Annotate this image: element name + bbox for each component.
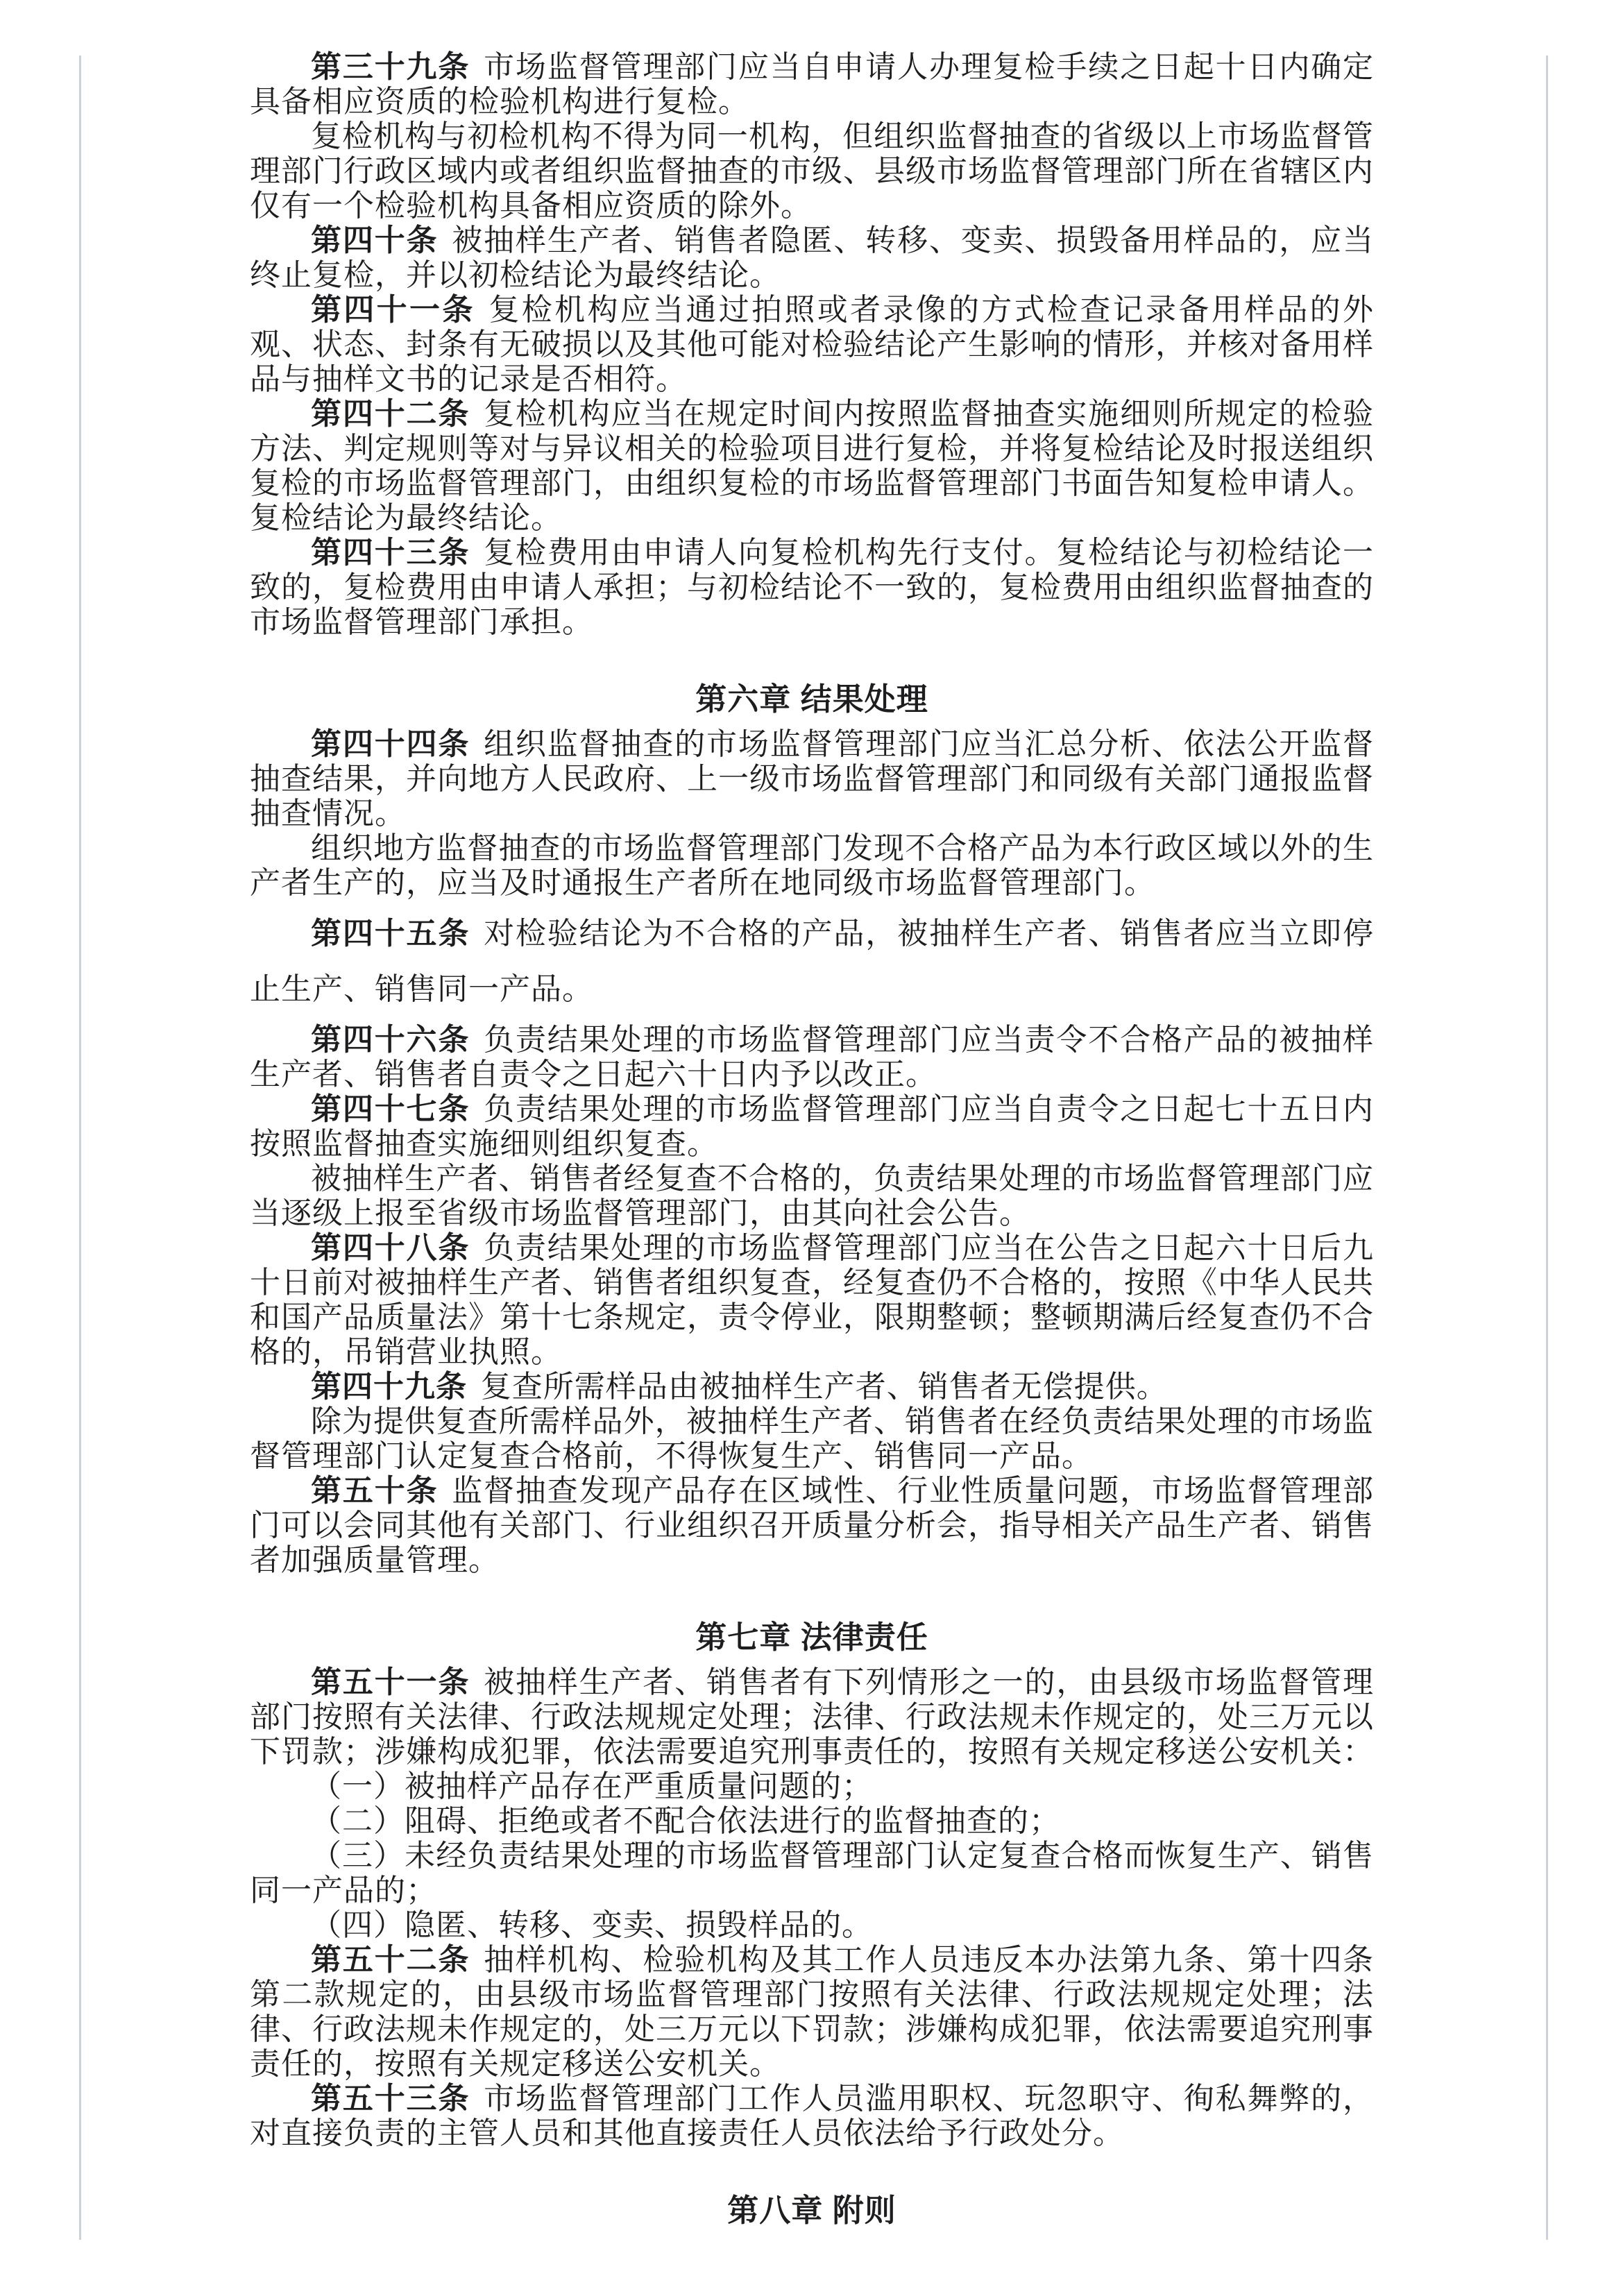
page-border-left-line [79,56,81,2240]
paragraph-text: 被抽样生产者、销售者经复查不合格的，负责结果处理的市场监督管理部门应当逐级上报至… [250,1162,1374,1230]
article-number-label: 第五十一条 [311,1665,470,1699]
body-paragraph: （四）隐匿、转移、变卖、损毁样品的。 [250,1908,1374,1943]
article-paragraph: 第四十九条复查所需样品由被抽样生产者、销售者无偿提供。 [250,1370,1374,1404]
article-number-label: 第四十四条 [311,727,470,761]
article-paragraph: 第四十六条负责结果处理的市场监督管理部门应当责令不合格产品的被抽样生产者、销售者… [250,1023,1374,1092]
article-number-label: 第五十条 [311,1474,438,1508]
body-paragraph: （一）被抽样产品存在严重质量问题的； [250,1769,1374,1804]
article-number-label: 第四十八条 [311,1231,470,1265]
article-number-label: 第五十二条 [311,1943,470,1977]
chapter-heading: 第八章 附则 [250,2193,1374,2229]
article-paragraph: 第五十三条市场监督管理部门工作人员滥用职权、玩忽职守、徇私舞弊的，对直接负责的主… [250,2082,1374,2151]
article-paragraph: 第四十七条负责结果处理的市场监督管理部门应当自责令之日起七十五日内按照监督抽查实… [250,1092,1374,1162]
chapter-heading: 第七章 法律责任 [250,1619,1374,1656]
article-paragraph: 第三十九条市场监督管理部门应当自申请人办理复检手续之日起十日内确定具备相应资质的… [250,50,1374,119]
article-number-label: 第四十条 [311,223,438,257]
article-paragraph: 第五十二条抽样机构、检验机构及其工作人员违反本办法第九条、第十四条第二款规定的，… [250,1943,1374,2082]
paragraph-text: 复检机构与初检机构不得为同一机构，但组织监督抽查的省级以上市场监督管理部门行政区… [250,119,1374,223]
paragraph-text: （四）隐匿、转移、变卖、损毁样品的。 [311,1908,873,1942]
paragraph-text: 除为提供复查所需样品外，被抽样生产者、销售者在经负责结果处理的市场监督管理部门认… [250,1404,1374,1473]
article-paragraph: 第五十条监督抽查发现产品存在区域性、行业性质量问题，市场监督管理部门可以会同其他… [250,1474,1374,1578]
article-paragraph: 第四十一条复检机构应当通过拍照或者录像的方式检查记录备用样品的外观、状态、封条有… [250,293,1374,397]
article-paragraph: 第四十条被抽样生产者、销售者隐匿、转移、变卖、损毁备用样品的，应当终止复检，并以… [250,223,1374,293]
chapter-heading: 第六章 结果处理 [250,681,1374,717]
document-page: 第三十九条市场监督管理部门应当自申请人办理复检手续之日起十日内确定具备相应资质的… [0,0,1623,2296]
article-number-label: 第五十三条 [311,2082,470,2116]
article-paragraph: 第四十三条复检费用由申请人向复检机构先行支付。复检结论与初检结论一致的，复检费用… [250,536,1374,640]
document-content: 第三十九条市场监督管理部门应当自申请人办理复检手续之日起十日内确定具备相应资质的… [250,50,1374,2238]
paragraph-text: （二）阻碍、拒绝或者不配合依法进行的监督抽查的； [311,1804,1060,1838]
article-paragraph: 第四十八条负责结果处理的市场监督管理部门应当在公告之日起六十日后九十日前对被抽样… [250,1231,1374,1370]
body-paragraph: 被抽样生产者、销售者经复查不合格的，负责结果处理的市场监督管理部门应当逐级上报至… [250,1162,1374,1231]
article-number-label: 第四十三条 [311,536,470,570]
page-border-right-line [1546,56,1548,2240]
article-paragraph: 第四十四条组织监督抽查的市场监督管理部门应当汇总分析、依法公开监督抽查结果，并向… [250,727,1374,831]
paragraph-text: （三）未经负责结果处理的市场监督管理部门认定复查合格而恢复生产、销售同一产品的； [250,1839,1374,1907]
paragraph-text: （一）被抽样产品存在严重质量问题的； [311,1769,873,1803]
body-paragraph: 除为提供复查所需样品外，被抽样生产者、销售者在经负责结果处理的市场监督管理部门认… [250,1404,1374,1474]
body-paragraph: 复检机构与初检机构不得为同一机构，但组织监督抽查的省级以上市场监督管理部门行政区… [250,119,1374,223]
article-number-label: 第四十五条 [311,917,470,951]
body-paragraph: （三）未经负责结果处理的市场监督管理部门认定复查合格而恢复生产、销售同一产品的； [250,1839,1374,1908]
article-number-label: 第四十六条 [311,1023,470,1057]
article-number-label: 第四十二条 [311,397,470,431]
article-number-label: 第四十九条 [311,1370,467,1404]
paragraph-text: 组织地方监督抽查的市场监督管理部门发现不合格产品为本行政区域以外的生产者生产的，… [250,831,1374,900]
body-paragraph: （二）阻碍、拒绝或者不配合依法进行的监督抽查的； [250,1804,1374,1839]
article-paragraph: 第四十五条对检验结论为不合格的产品，被抽样生产者、销售者应当立即停止生产、销售同… [250,906,1374,1017]
article-number-label: 第四十七条 [311,1092,470,1126]
article-number-label: 第三十九条 [311,50,470,84]
paragraph-text: 复查所需样品由被抽样生产者、销售者无偿提供。 [481,1370,1168,1404]
article-number-label: 第四十一条 [311,293,475,327]
body-paragraph: 组织地方监督抽查的市场监督管理部门发现不合格产品为本行政区域以外的生产者生产的，… [250,831,1374,901]
article-paragraph: 第五十一条被抽样生产者、销售者有下列情形之一的，由县级市场监督管理部门按照有关法… [250,1665,1374,1769]
article-paragraph: 第四十二条复检机构应当在规定时间内按照监督抽查实施细则所规定的检验方法、判定规则… [250,397,1374,536]
